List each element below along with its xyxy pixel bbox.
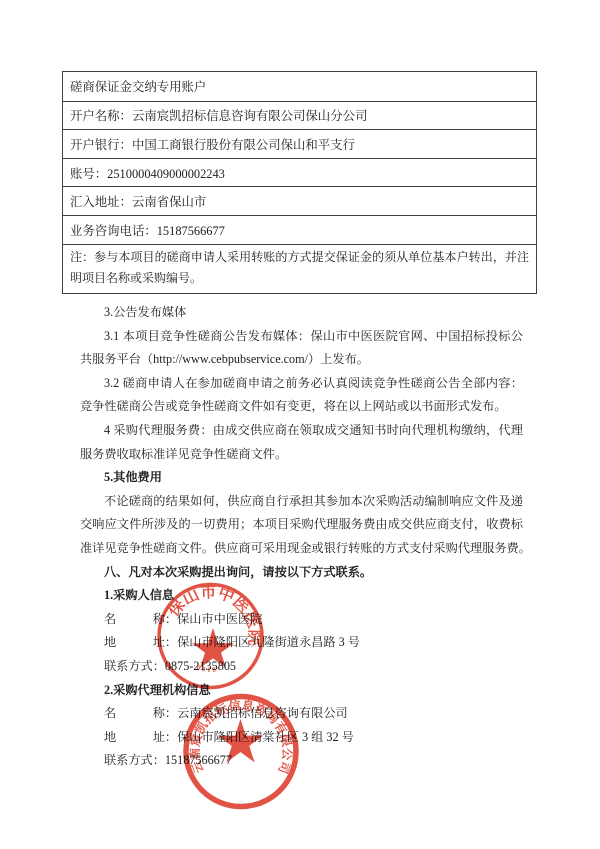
section-8-title: 八、凡对本次采购提出询问，请按以下方式联系。: [80, 561, 523, 585]
purchaser-info-title: 1.采购人信息: [80, 584, 523, 608]
agency-contact: 联系方式：15187566677: [80, 749, 523, 773]
note-line: 注：参与本项目的磋商申请人采用转账的方式提交保证金的须从单位基本户转出，并注: [70, 247, 529, 268]
purchaser-name: 名 称：保山市中医医院: [80, 608, 523, 632]
section-5-title: 5.其他费用: [80, 466, 523, 490]
table-row-note: 注：参与本项目的磋商申请人采用转账的方式提交保证金的须从单位基本户转出，并注 明…: [63, 244, 536, 294]
document-page: 磋商保证金交纳专用账户 开户名称：云南宸凯招标信息咨询有限公司保山分公司 开户银…: [0, 0, 600, 849]
table-row-bank: 开户银行：中国工商银行股份有限公司保山和平支行: [63, 129, 536, 158]
deposit-account-table: 磋商保证金交纳专用账户 开户名称：云南宸凯招标信息咨询有限公司保山分公司 开户银…: [62, 71, 537, 294]
paragraph-5-line: 不论磋商的结果如何，供应商自行承担其参加本次采购活动编制响应文件及递: [80, 490, 523, 514]
note-line: 明项目名称或采购编号。: [70, 268, 529, 289]
section-3-title: 3.公告发布媒体: [80, 301, 523, 325]
table-row-account-number: 账号：2510000409000002243: [63, 158, 536, 187]
paragraph-3-2-line: 3.2 磋商申请人在参加磋商申请之前务必认真阅读竞争性磋商公告全部内容：: [80, 372, 523, 396]
table-row-remit-address: 汇入地址：云南省保山市: [63, 186, 536, 215]
paragraph-3-1-line: 共服务平台（http://www.cebpubservice.com/）上发布。: [80, 348, 523, 372]
paragraph-3-2-line: 竞争性磋商公告或竞争性磋商文件如有变更，将在以上网站或以书面形式发布。: [80, 395, 523, 419]
agency-info-title: 2.采购代理机构信息: [80, 679, 523, 703]
agency-name: 名 称：云南宸凯招标信息咨询有限公司: [80, 702, 523, 726]
purchaser-address: 地 址：保山市隆阳区九隆街道永昌路 3 号: [80, 631, 523, 655]
table-row-account-name: 开户名称：云南宸凯招标信息咨询有限公司保山分公司: [63, 101, 536, 130]
table-row-phone: 业务咨询电话：15187566677: [63, 215, 536, 244]
body-text: 3.公告发布媒体 3.1 本项目竞争性磋商公告发布媒体：保山市中医医院官网、中国…: [80, 301, 523, 773]
paragraph-3-1-line: 3.1 本项目竞争性磋商公告发布媒体：保山市中医医院官网、中国招标投标公: [80, 325, 523, 349]
paragraph-5-line: 交响应文件所涉及的一切费用；本项目采购代理服务费由成交供应商支付，收费标: [80, 513, 523, 537]
paragraph-5-line: 准详见竞争性磋商文件。供应商可采用现金或银行转账的方式支付采购代理服务费。: [80, 537, 523, 561]
agency-address: 地 址：保山市隆阳区清棠社区 3 组 32 号: [80, 726, 523, 750]
table-row-header: 磋商保证金交纳专用账户: [63, 72, 536, 101]
paragraph-4-line: 服务费收取标准详见竞争性磋商文件。: [80, 443, 523, 467]
paragraph-4-line: 4 采购代理服务费：由成交供应商在领取成交通知书时向代理机构缴纳，代理: [80, 419, 523, 443]
purchaser-contact: 联系方式：0875-2135805: [80, 655, 523, 679]
